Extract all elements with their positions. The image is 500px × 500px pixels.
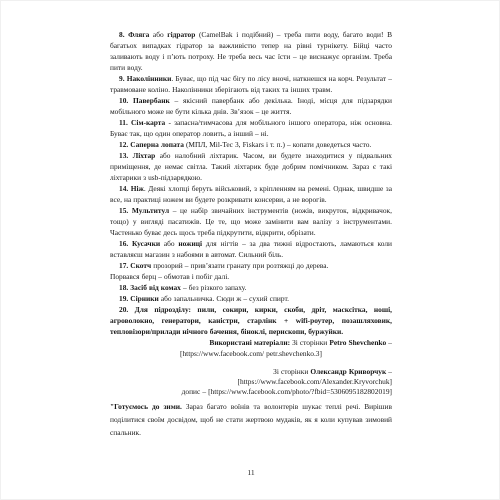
item-8-term-2: гідратор	[167, 30, 195, 39]
item-17-term: 17. Скотч	[119, 261, 151, 270]
list-item-11: 11. Сім-карта - запасна/тимчасова для мо…	[110, 117, 392, 139]
list-item-19: 19. Сірники або запальничка. Сюди ж – су…	[110, 293, 392, 304]
item-8-term: 8. Фляга	[119, 30, 149, 39]
item-17-second-line: Порвався берц – обмотав і побіг далі.	[110, 272, 229, 281]
list-item-17: 17. Скотч прозорий – прив’язати гранату …	[110, 260, 392, 282]
spacer	[110, 359, 392, 367]
closing-quote-paragraph: "Готуємось до зими. Зараз багато воїнів …	[110, 400, 392, 440]
item-12-term: 12. Саперна лопата	[119, 140, 184, 149]
list-item-16: 16. Кусачки або ножиці для нігтів – за д…	[110, 238, 392, 260]
oleksandr-kryvorchuk-name: Олександр Криворчук	[310, 367, 386, 376]
list-item-20: 20. Для підрозділу: пили, сокири, кирки,…	[110, 304, 392, 337]
list-item-18: 18. Засіб від комах – без різкого запаху…	[110, 282, 392, 293]
item-10-term: 10. Павербанк	[119, 96, 170, 105]
list-item-14: 14. Ніж. Деякі хлопці беруть військовий,…	[110, 183, 392, 205]
item-11-term: 11. Сім-карта	[119, 118, 165, 127]
petro-shevchenko-name: Petro Shevchenko	[329, 338, 386, 347]
page-number: 11	[1, 468, 500, 477]
list-item-9: 9. Наколінники. Буває, що під час бігу п…	[110, 73, 392, 95]
item-16-term-2: ножиці	[178, 239, 202, 248]
facebook-post-link-line: допис – [https://www.facebook.com/photo/…	[110, 387, 392, 397]
facebook-link-oleksandr-line: [https://www.facebook.com/Alexander.Kryv…	[110, 377, 392, 387]
list-item-8: 8. Фляга або гідратор (CamelBak і подібн…	[110, 29, 392, 73]
item-20-text: 20. Для підрозділу: пили, сокири, кирки,…	[110, 305, 392, 336]
item-19-term: 19. Сірники	[119, 294, 159, 303]
post-label: допис –	[182, 387, 208, 396]
used-materials-label: Використані матеріали:	[209, 338, 290, 347]
item-15-term: 15. Мультитул	[119, 206, 169, 215]
item-14-term: 14. Ніж	[119, 184, 144, 193]
list-item-15: 15. Мультитул – це набір звичайних інстр…	[110, 205, 392, 238]
page-content: 8. Фляга або гідратор (CamelBak і подібн…	[110, 29, 392, 440]
sources-attribution-petro: Використані матеріали: Зі сторінки Petro…	[110, 337, 392, 348]
list-item-10: 10. Павербанк – якісний павербанк або де…	[110, 95, 392, 117]
sources-attribution-oleksandr: Зі сторінки Олександр Криворчук –	[110, 367, 392, 377]
facebook-link-petro-line: [https://www.facebook.com/ petr.shevchen…	[110, 348, 392, 359]
item-18-term: 18. Засіб від комах	[119, 283, 181, 292]
item-9-term: 9. Наколінники	[119, 74, 171, 83]
closing-quote-title: "Готуємось до зими.	[110, 402, 182, 411]
list-item-12: 12. Саперна лопата (МПЛ, Mil-Tec 3, Fisk…	[110, 139, 392, 150]
document-page: 8. Фляга або гідратор (CamelBak і подібн…	[0, 0, 500, 500]
item-16-term: 16. Кусачки	[119, 239, 160, 248]
facebook-link-oleksandr[interactable]: [https://www.facebook.com/Alexander.Kryv…	[238, 377, 392, 386]
facebook-link-petro[interactable]: [https://www.facebook.com/ petr.shevchen…	[180, 349, 322, 358]
item-13-term: 13. Ліхтар	[119, 151, 155, 160]
list-item-13: 13. Ліхтар або налобний ліхтарик. Часом,…	[110, 150, 392, 183]
facebook-post-link[interactable]: [https://www.facebook.com/photo/?fbid=53…	[208, 387, 392, 396]
